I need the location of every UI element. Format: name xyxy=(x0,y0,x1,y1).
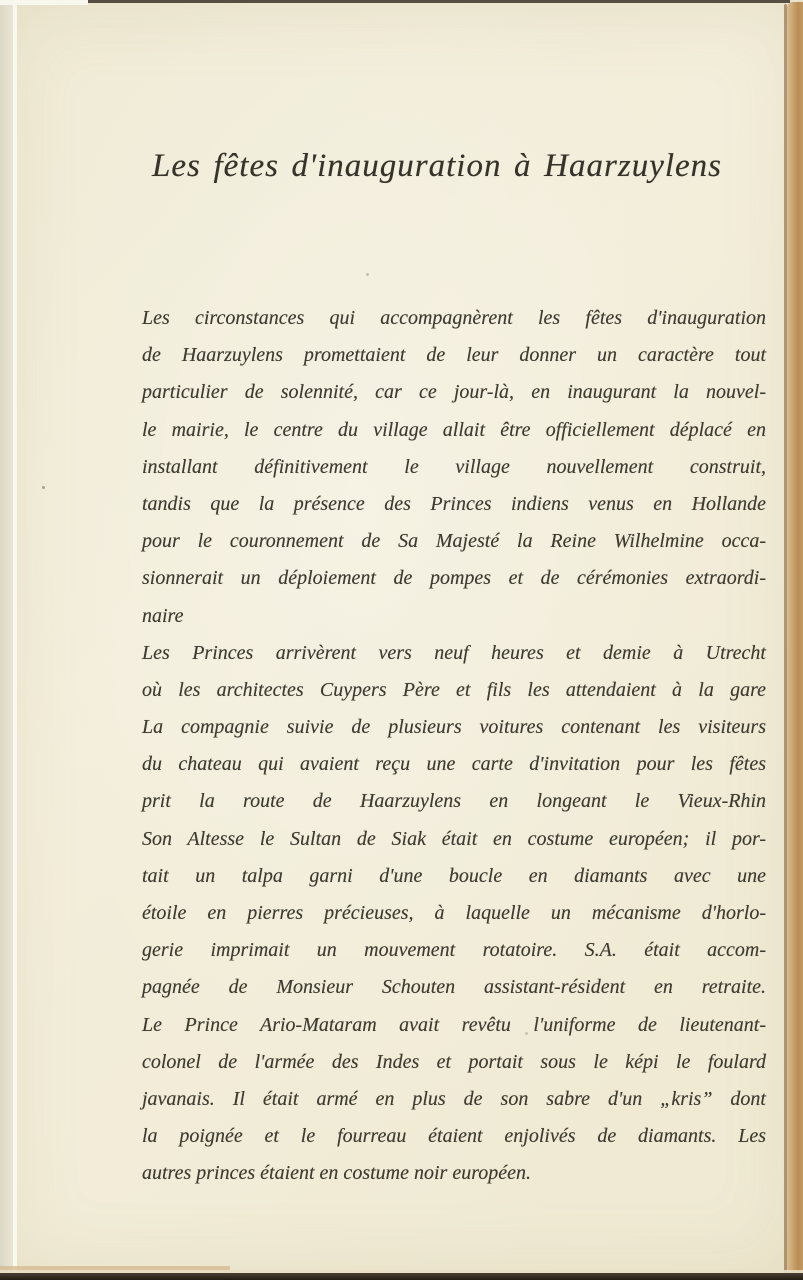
manuscript-line: autres princes étaient en costume noir e… xyxy=(142,1155,766,1192)
paper-speck xyxy=(366,273,369,276)
scanned-manuscript-page: Les fêtes d'inauguration à Haarzuylens L… xyxy=(0,0,803,1280)
page-title: Les fêtes d'inauguration à Haarzuylens xyxy=(152,148,722,218)
manuscript-line: où les architectes Cuypers Père et fils … xyxy=(142,672,766,709)
manuscript-line: Le Prince Ario-Mataram avait revêtu l'un… xyxy=(142,1007,766,1044)
manuscript-line: naire xyxy=(142,598,766,635)
manuscript-line: gerie imprimait un mouvement rotatoire. … xyxy=(142,932,766,969)
manuscript-text-block: Les circonstances qui accompagnèrent les… xyxy=(142,300,766,1193)
scan-left-edge xyxy=(0,0,13,1280)
scan-left-highlight xyxy=(13,0,17,1280)
manuscript-line: Les Princes arrivèrent vers neuf heures … xyxy=(142,635,766,672)
manuscript-line: installant définitivement le village nou… xyxy=(142,449,766,486)
manuscript-line: colonel de l'armée des Indes et portait … xyxy=(142,1044,766,1081)
manuscript-line: particulier de solennité, car ce jour-là… xyxy=(142,374,766,411)
manuscript-line: du chateau qui avaient reçu une carte d'… xyxy=(142,746,766,783)
manuscript-line: étoile en pierres précieuses, à laquelle… xyxy=(142,895,766,932)
book-page-stack-right-edge xyxy=(787,2,803,1278)
manuscript-line: pagnée de Monsieur Schouten assistant-ré… xyxy=(142,969,766,1006)
manuscript-line: javanais. Il était armé en plus de son s… xyxy=(142,1081,766,1118)
manuscript-line: pour le couronnement de Sa Majesté la Re… xyxy=(142,523,766,560)
manuscript-line: tandis que la présence des Princes indie… xyxy=(142,486,766,523)
manuscript-line: le mairie, le centre du village allait ê… xyxy=(142,412,766,449)
manuscript-line: de Haarzuylens promettaient de leur donn… xyxy=(142,337,766,374)
manuscript-line: Son Altesse le Sultan de Siak était en c… xyxy=(142,821,766,858)
manuscript-line: La compagnie suivie de plusieurs voiture… xyxy=(142,709,766,746)
manuscript-line: tait un talpa garni d'une boucle en diam… xyxy=(142,858,766,895)
paper-speck xyxy=(42,486,45,489)
manuscript-line: sionnerait un déploiement de pompes et d… xyxy=(142,560,766,597)
manuscript-line: prit la route de Haarzuylens en longeant… xyxy=(142,783,766,820)
scan-corner-top-left xyxy=(0,0,88,5)
book-top-edge xyxy=(85,0,790,3)
book-bottom-edge xyxy=(0,1273,803,1280)
manuscript-line: Les circonstances qui accompagnèrent les… xyxy=(142,300,766,337)
manuscript-line: la poignée et le fourreau étaient enjoli… xyxy=(142,1118,766,1155)
